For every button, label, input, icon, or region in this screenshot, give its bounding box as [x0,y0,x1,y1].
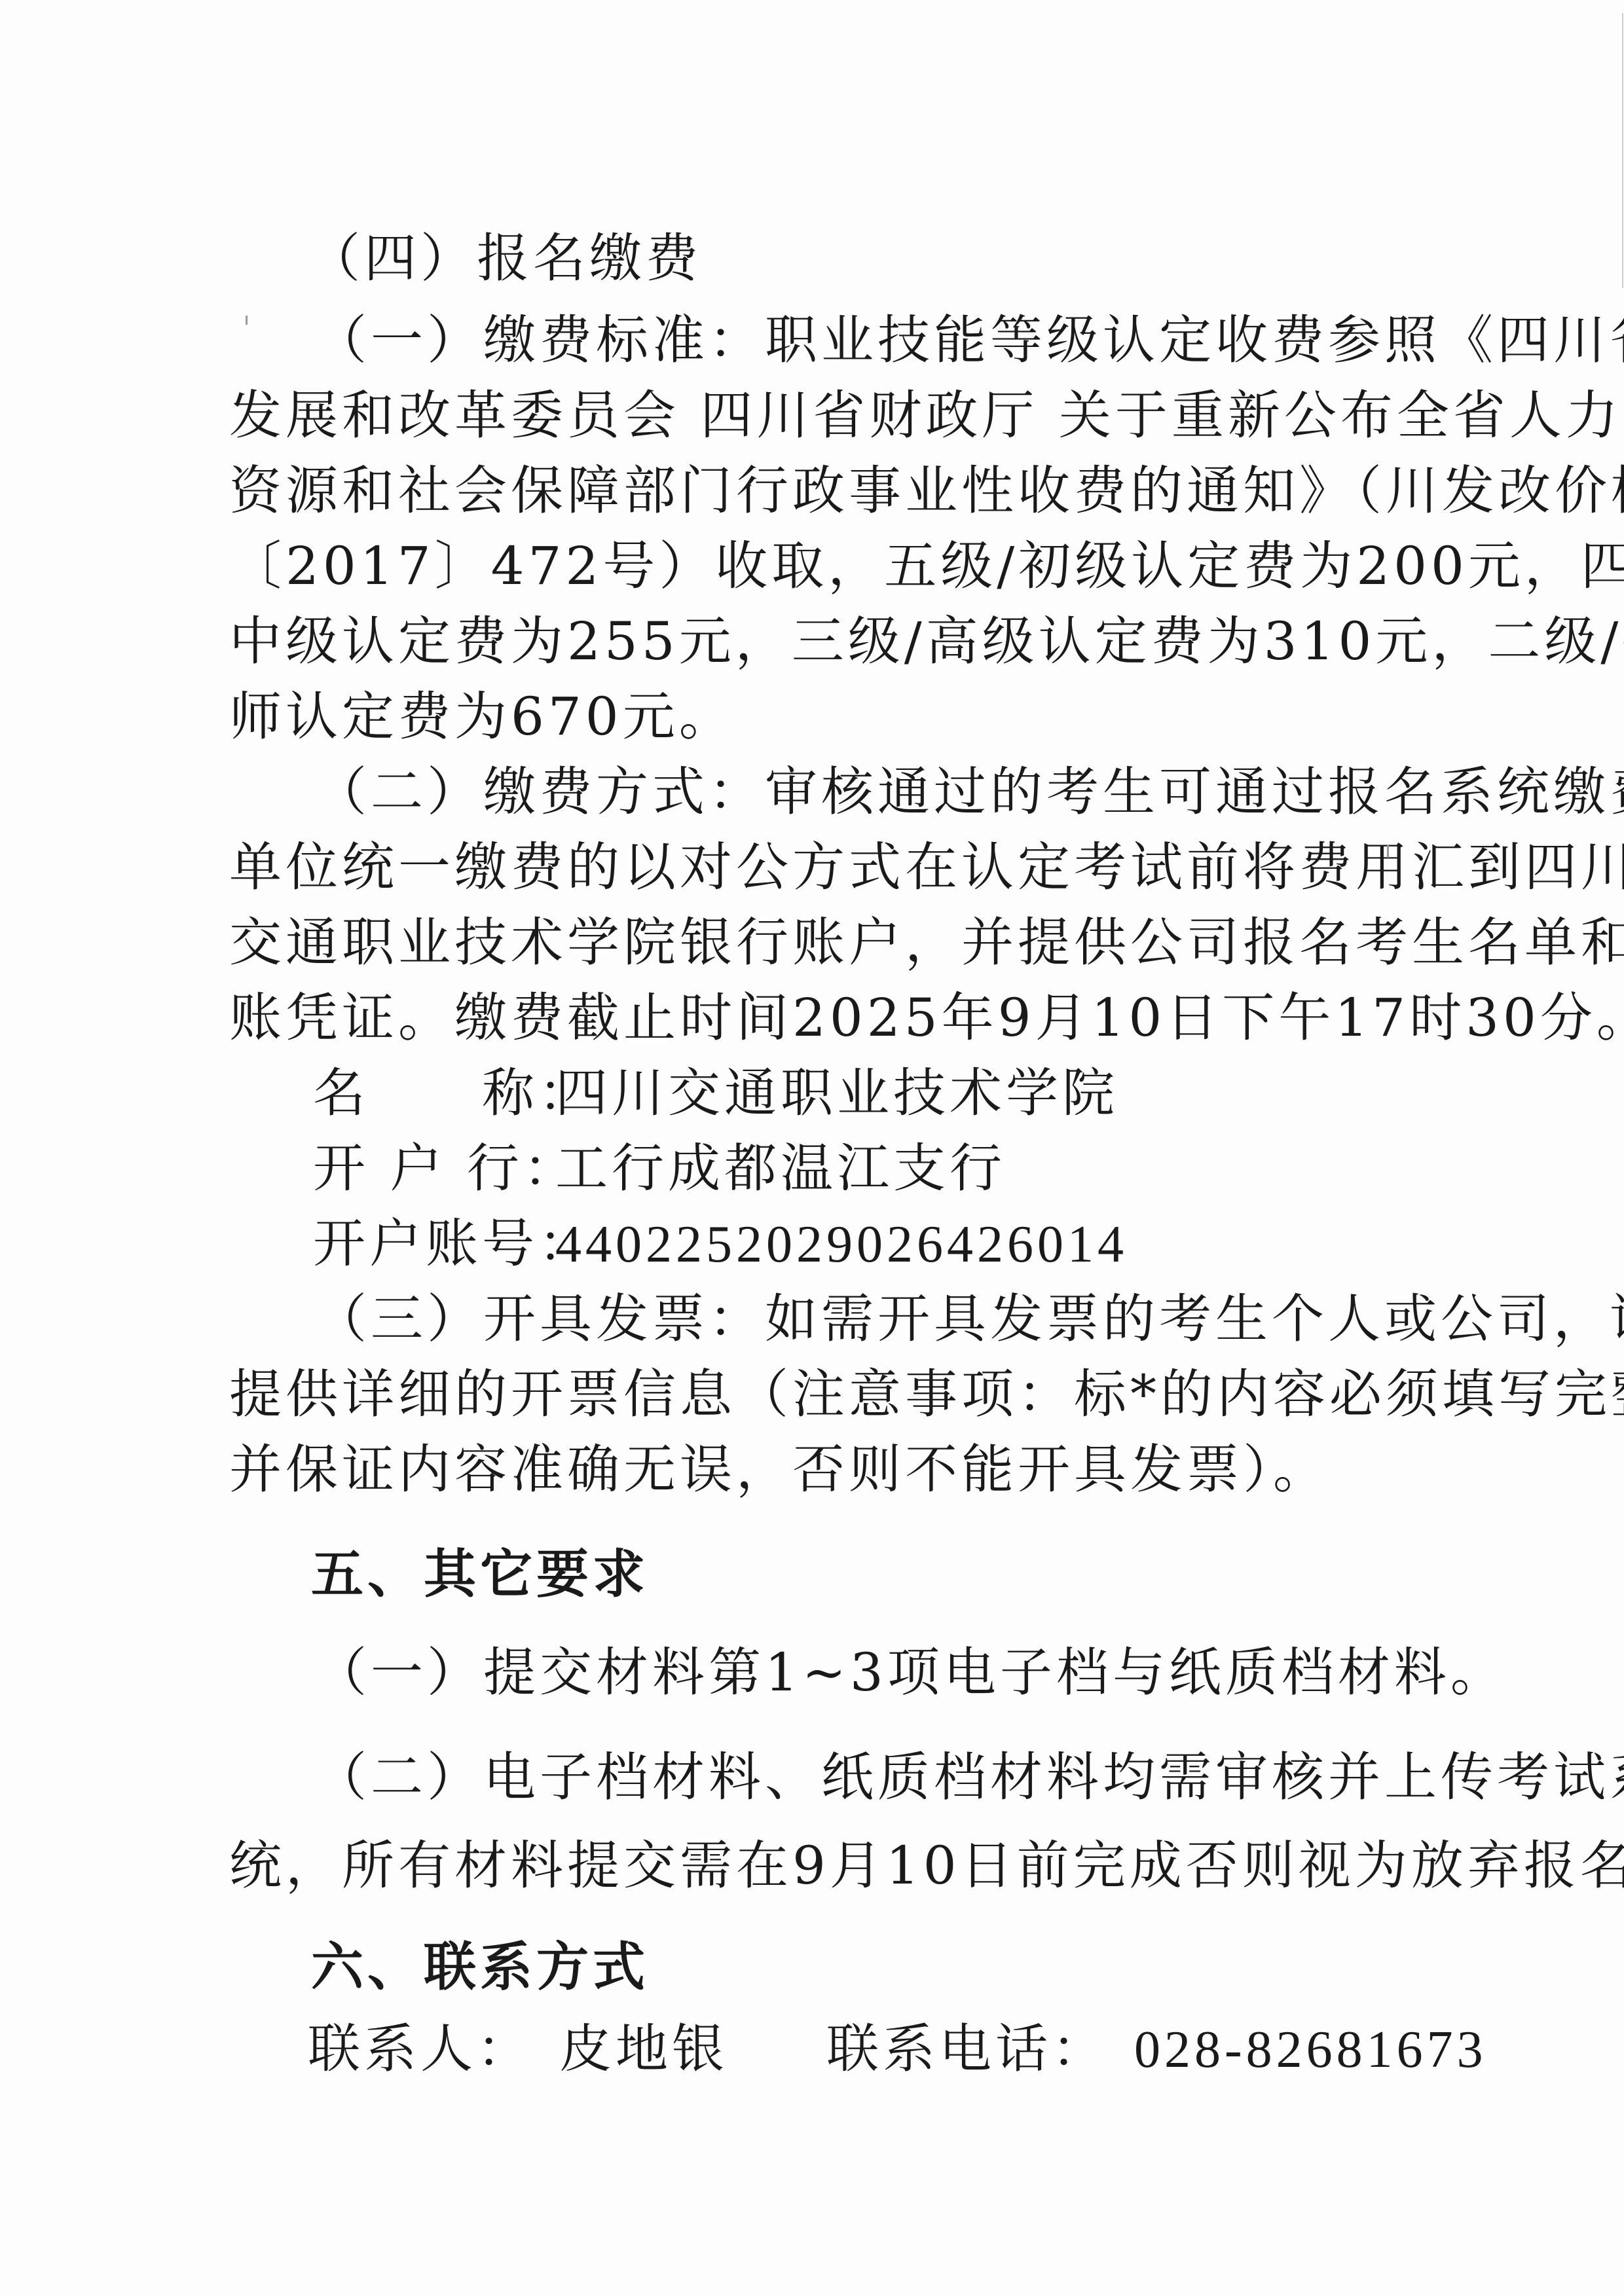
scan-artifact [246,316,248,325]
paragraph-line: 提供详细的开票信息（注意事项：标*的内容必须填写完整， [229,1362,1369,1427]
paragraph-line: 并保证内容准确无误，否则不能开具发票）。 [229,1437,1369,1503]
account-number-label: 开户账号： [313,1211,555,1277]
paragraph-line: 资源和社会保障部门行政事业性收费的通知》（川发改价格 [229,458,1369,524]
account-name-row: 名 称：四川交通职业技术学院 [313,1061,1118,1126]
account-name-label: 名 称： [313,1061,555,1126]
paragraph-line: （一）缴费标准：职业技能等级认定收费参照《四川省 [314,308,1454,373]
section-5-title: 五、其它要求 [311,1542,1450,1607]
section-6-title: 六、联系方式 [311,1935,1450,2000]
contact-person-value: 皮地银 [559,2016,728,2082]
document-page: （四）报名缴费 （一）缴费标准：职业技能等级认定收费参照《四川省 发展和改革委员… [0,0,1624,2296]
phone-value: 028-82681673 [1134,2017,1487,2083]
paragraph-line: 账凭证。缴费截止时间2025年9月10日下午17时30分。 [229,985,1369,1051]
paragraph-line: （二）缴费方式：审核通过的考生可通过报名系统缴费， [314,759,1454,825]
section-5-item-1: （一）提交材料第1~3项电子档与纸质档材料。 [314,1640,1454,1705]
paragraph-line: 交通职业技术学院银行账户，并提供公司报名考生名单和转 [229,910,1369,975]
contact-row: 联系人：皮地银联系电话：028-82681673 [308,2016,1487,2083]
paragraph-line: 统，所有材料提交需在9月10日前完成否则视为放弃报名。 [229,1833,1369,1899]
account-number-value: 4402252029026426014 [555,1212,1128,1277]
phone-label: 联系电话： [826,2016,1108,2082]
paragraph-line: 〔2017〕472号）收取，五级/初级认定费为200元，四级/ [229,534,1369,599]
section-4-title: （四）报名缴费 [308,226,1447,291]
paragraph-line: （二）电子档材料、纸质档材料均需审核并上传考试系 [314,1745,1454,1810]
contact-person-label: 联系人： [308,2016,533,2082]
paragraph-line: 发展和改革委员会 四川省财政厅 关于重新公布全省人力 [229,383,1369,448]
paragraph-line: （三）开具发票：如需开具发票的考生个人或公司，请 [314,1286,1454,1352]
scan-artifact [1387,845,1389,858]
scan-edge [1622,13,1623,288]
paragraph-line: 单位统一缴费的以对公方式在认定考试前将费用汇到四川 [229,835,1369,900]
bank-branch-label: 开 户 行： [313,1136,555,1201]
paragraph-line: 中级认定费为255元，三级/高级认定费为310元，二级/技 [229,609,1369,674]
bank-branch-value: 工行成都温江支行 [555,1136,1006,1201]
account-number-row: 开户账号：4402252029026426014 [313,1211,1128,1277]
account-name-value: 四川交通职业技术学院 [555,1061,1118,1126]
paragraph-line: 师认定费为670元。 [229,684,1369,750]
bank-branch-row: 开 户 行：工行成都温江支行 [313,1136,1006,1201]
